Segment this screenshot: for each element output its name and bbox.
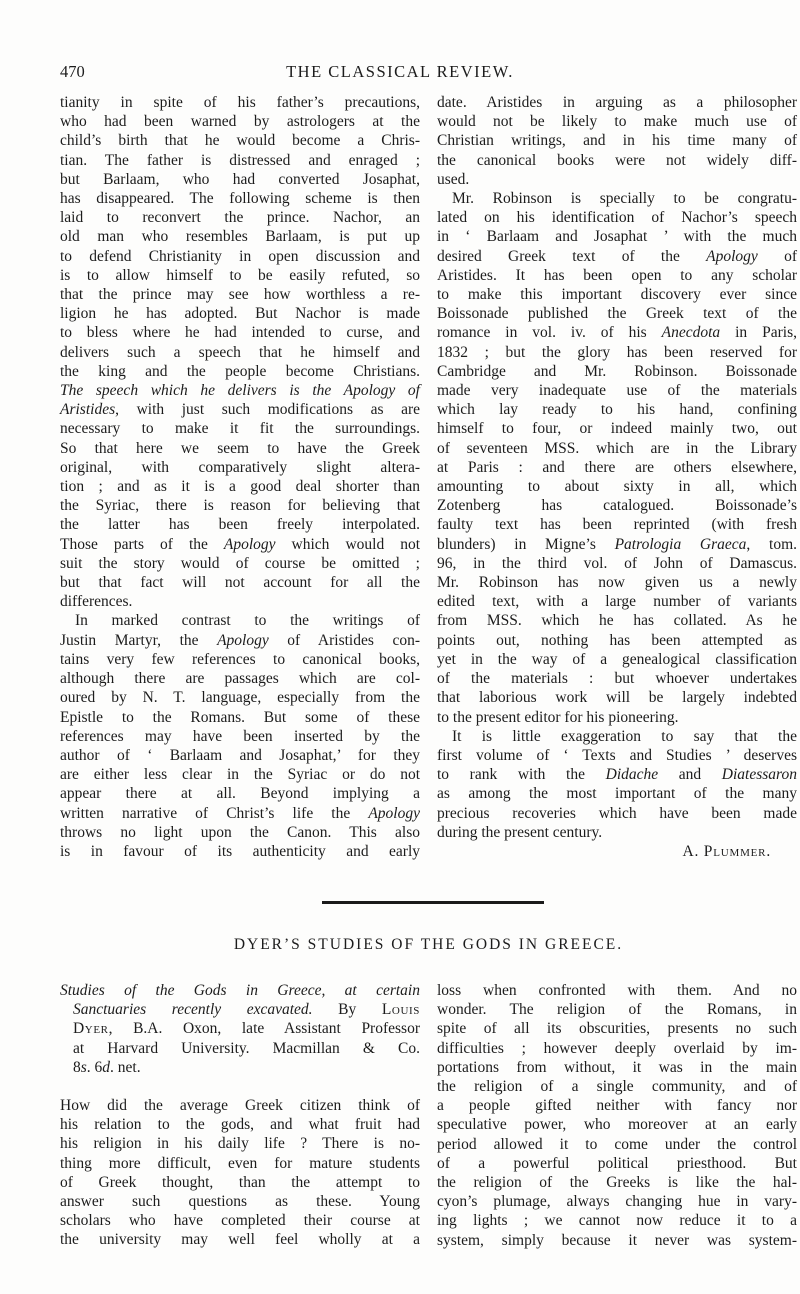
text-line: Those parts of the Apology which would n… bbox=[60, 535, 420, 554]
text-line: references may have been inserted by the bbox=[60, 727, 420, 746]
text-line: spite of all its obscurities, presents n… bbox=[437, 1019, 797, 1038]
text-line: Christian writings, and in his time many… bbox=[437, 131, 797, 150]
text-line: ligion he has adopted. But Nachor is mad… bbox=[60, 304, 420, 323]
text-line: Epistle to the Romans. But some of these bbox=[60, 708, 420, 727]
text-line: blunders) in Migne’s Patrologia Graeca, … bbox=[437, 535, 797, 554]
text-line: as among the most important of the many bbox=[437, 784, 797, 803]
text-line: romance in vol. iv. of his Anecdota in P… bbox=[437, 323, 797, 342]
text-line: It is little exaggeration to say that th… bbox=[437, 727, 797, 746]
text-line: cyon’s plumage, always changing hue in v… bbox=[437, 1192, 797, 1211]
text-line: portations from without, it was in the m… bbox=[437, 1058, 797, 1077]
text-line: The speech which he delivers is the Apol… bbox=[60, 381, 420, 400]
text-line: but Barlaam, who had converted Josaphat, bbox=[60, 170, 420, 189]
text-line: has disappeared. The following scheme is… bbox=[60, 189, 420, 208]
text-line: Boissonade published the Greek text of t… bbox=[437, 304, 797, 323]
running-header: 470 THE CLASSICAL REVIEW. bbox=[0, 62, 800, 84]
text-line: is to allow himself to be easily refuted… bbox=[60, 266, 420, 285]
text-line: 96, in the third vol. of John of Damascu… bbox=[437, 554, 797, 573]
text-line: So that here we seem to have the Greek bbox=[60, 439, 420, 458]
text-line: necessary to make it fit the surrounding… bbox=[60, 419, 420, 438]
text-line: period allowed it to come under the cont… bbox=[437, 1135, 797, 1154]
text-line: of a powerful political priesthood. But bbox=[437, 1154, 797, 1173]
text-line: delivers such a speech that he himself a… bbox=[60, 343, 420, 362]
text-line: loss when confronted with them. And no bbox=[437, 981, 797, 1000]
text-line: the canonical books were not widely diff… bbox=[437, 151, 797, 170]
text-line: precious recoveries which have been made bbox=[437, 804, 797, 823]
paragraph: tianity in spite of his father’s precaut… bbox=[60, 93, 420, 611]
paragraph: How did the average Greek citizen think … bbox=[60, 1096, 420, 1250]
text-line: suit the story would of course be omitte… bbox=[60, 554, 420, 573]
text-line: differences. bbox=[60, 592, 420, 611]
text-line: Cambridge and Mr. Robinson. Boissonade bbox=[437, 362, 797, 381]
text-line: tianity in spite of his father’s precaut… bbox=[60, 93, 420, 112]
article-dyer-review: Studies of the Gods in Greece, at certai… bbox=[60, 981, 797, 1250]
text-line: answer such questions as these. Young bbox=[60, 1192, 420, 1211]
journal-page: 470 THE CLASSICAL REVIEW. tianity in spi… bbox=[0, 0, 800, 1294]
paragraph: Studies of the Gods in Greece, at certai… bbox=[60, 981, 420, 1077]
text-line: during the present century. bbox=[437, 823, 797, 842]
text-line: Studies of the Gods in Greece, at certai… bbox=[60, 981, 420, 1000]
text-line: old man who resembles Barlaam, is put up bbox=[60, 227, 420, 246]
text-line: the latter has been freely interpolated. bbox=[60, 515, 420, 534]
journal-title: THE CLASSICAL REVIEW. bbox=[0, 62, 800, 82]
text-line: his religion in his daily life ? There i… bbox=[60, 1134, 420, 1153]
article-plummer-review: tianity in spite of his father’s precaut… bbox=[60, 93, 797, 861]
text-line: that laborious work will be largely inde… bbox=[437, 688, 797, 707]
text-line: lated on his identification of Nachor’s … bbox=[437, 208, 797, 227]
author-signature: A. Plummer. bbox=[437, 842, 797, 861]
text-line: a people gifted neither with fancy nor bbox=[437, 1096, 797, 1115]
text-line: original, with comparatively slight alte… bbox=[60, 458, 420, 477]
text-line: appear there at all. Beyond implying a bbox=[60, 784, 420, 803]
text-line: who had been warned by astrologers at th… bbox=[60, 112, 420, 131]
section-divider-rule bbox=[322, 901, 544, 904]
text-line: the university may well feel wholly at a bbox=[60, 1230, 420, 1249]
text-line: Aristides. It has been open to any schol… bbox=[437, 266, 797, 285]
text-line: but that fact will not account for all t… bbox=[60, 573, 420, 592]
text-line: is in favour of its authenticity and ear… bbox=[60, 842, 420, 861]
text-line: tion ; and as it is a good deal shorter … bbox=[60, 477, 420, 496]
text-line: Mr. Robinson is specially to be congratu… bbox=[437, 189, 797, 208]
paragraph: Mr. Robinson is specially to be congratu… bbox=[437, 189, 797, 727]
paragraph: In marked contrast to the writings ofJus… bbox=[60, 611, 420, 861]
text-line: to the present editor for his pioneering… bbox=[437, 708, 797, 727]
text-line: ing lights ; we cannot now reduce it to … bbox=[437, 1211, 797, 1230]
text-line: oured by N. T. language, especially from… bbox=[60, 688, 420, 707]
text-line: at Paris : and there are others elsewher… bbox=[437, 458, 797, 477]
text-line: Zotenberg has catalogued. Boissonade’s bbox=[437, 496, 797, 515]
text-line: to defend Christianity in open discussio… bbox=[60, 247, 420, 266]
text-line: the religion of the Greeks is like the h… bbox=[437, 1173, 797, 1192]
text-line: of the materials : but whoever undertake… bbox=[437, 669, 797, 688]
text-line: although there are passages which are co… bbox=[60, 669, 420, 688]
text-line: wonder. The religion of the Romans, in bbox=[437, 1000, 797, 1019]
text-line: himself to four, or indeed mainly two, o… bbox=[437, 419, 797, 438]
text-line: child’s birth that he would become a Chr… bbox=[60, 131, 420, 150]
text-line: of seventeen MSS. which are in the Libra… bbox=[437, 439, 797, 458]
text-line: tains very few references to canonical b… bbox=[60, 650, 420, 669]
text-line: amounting to about sixty in all, which bbox=[437, 477, 797, 496]
text-line: yet in the way of a genealogical classif… bbox=[437, 650, 797, 669]
text-line: the religion of a single community, and … bbox=[437, 1077, 797, 1096]
text-line: which lay ready to his hand, confining bbox=[437, 400, 797, 419]
text-line: How did the average Greek citizen think … bbox=[60, 1096, 420, 1115]
text-line: would not be likely to make much use of bbox=[437, 112, 797, 131]
text-line: from MSS. which he has collated. As he bbox=[437, 611, 797, 630]
text-line: points out, nothing has been attempted a… bbox=[437, 631, 797, 650]
text-line: In marked contrast to the writings of bbox=[60, 611, 420, 630]
text-line: Dyer, B.A. Oxon, late Assistant Professo… bbox=[60, 1019, 420, 1038]
text-line: Justin Martyr, the Apology of Aristides … bbox=[60, 631, 420, 650]
text-line: throws no light upon the Canon. This als… bbox=[60, 823, 420, 842]
text-line: system, simply because it never was syst… bbox=[437, 1231, 797, 1250]
text-line: Sanctuaries recently excavated. By Louis bbox=[60, 1000, 420, 1019]
text-line: 1832 ; but the glory has been reserved f… bbox=[437, 343, 797, 362]
text-line: edited text, with a large number of vari… bbox=[437, 592, 797, 611]
text-line: to make this important discovery ever si… bbox=[437, 285, 797, 304]
text-line: to bless where he had intended to curse,… bbox=[60, 323, 420, 342]
text-line: the Syriac, there is reason for believin… bbox=[60, 496, 420, 515]
text-line: speculative power, who moreover at an ea… bbox=[437, 1115, 797, 1134]
paragraph: It is little exaggeration to say that th… bbox=[437, 727, 797, 842]
text-line: to rank with the Didache and Diatessaron bbox=[437, 765, 797, 784]
text-line: in ‘ Barlaam and Josaphat ’ with the muc… bbox=[437, 227, 797, 246]
text-line: first volume of ‘ Texts and Studies ’ de… bbox=[437, 746, 797, 765]
text-line: difficulties ; however deeply overlaid b… bbox=[437, 1039, 797, 1058]
text-line: thing more difficult, even for mature st… bbox=[60, 1154, 420, 1173]
paragraph: date. Aristides in arguing as a philosop… bbox=[437, 93, 797, 189]
paragraph: loss when confronted with them. And nowo… bbox=[437, 981, 797, 1250]
page-number: 470 bbox=[60, 62, 85, 82]
text-line: Aristides, with just such modifications … bbox=[60, 400, 420, 419]
text-line: Mr. Robinson has now given us a newly bbox=[437, 573, 797, 592]
text-line: used. bbox=[437, 170, 797, 189]
text-line: author of ‘ Barlaam and Josaphat,’ for t… bbox=[60, 746, 420, 765]
text-line: desired Greek text of the Apology of bbox=[437, 247, 797, 266]
text-line: laid to reconvert the prince. Nachor, an bbox=[60, 208, 420, 227]
text-line: made very inadequate use of the material… bbox=[437, 381, 797, 400]
text-line: 8s. 6d. net. bbox=[60, 1058, 420, 1077]
text-line: tian. The father is distressed and enrag… bbox=[60, 151, 420, 170]
text-line: faulty text has been reprinted (with fre… bbox=[437, 515, 797, 534]
right-column: loss when confronted with them. And nowo… bbox=[437, 981, 797, 1250]
text-line: date. Aristides in arguing as a philosop… bbox=[437, 93, 797, 112]
text-line: the king and the people become Christian… bbox=[60, 362, 420, 381]
text-line: written narrative of Christ’s life the A… bbox=[60, 804, 420, 823]
text-line: of Greek thought, than the attempt to bbox=[60, 1173, 420, 1192]
text-line: scholars who have completed their course… bbox=[60, 1211, 420, 1230]
text-line: his relation to the gods, and what fruit… bbox=[60, 1115, 420, 1134]
right-column: date. Aristides in arguing as a philosop… bbox=[437, 93, 797, 861]
text-line: are either less clear in the Syriac or d… bbox=[60, 765, 420, 784]
article-heading: DYER’S STUDIES OF THE GODS IN GREECE. bbox=[60, 936, 797, 954]
left-column: Studies of the Gods in Greece, at certai… bbox=[60, 981, 420, 1250]
left-column: tianity in spite of his father’s precaut… bbox=[60, 93, 420, 861]
text-line: at Harvard University. Macmillan & Co. bbox=[60, 1039, 420, 1058]
text-line: that the prince may see how worthless a … bbox=[60, 285, 420, 304]
